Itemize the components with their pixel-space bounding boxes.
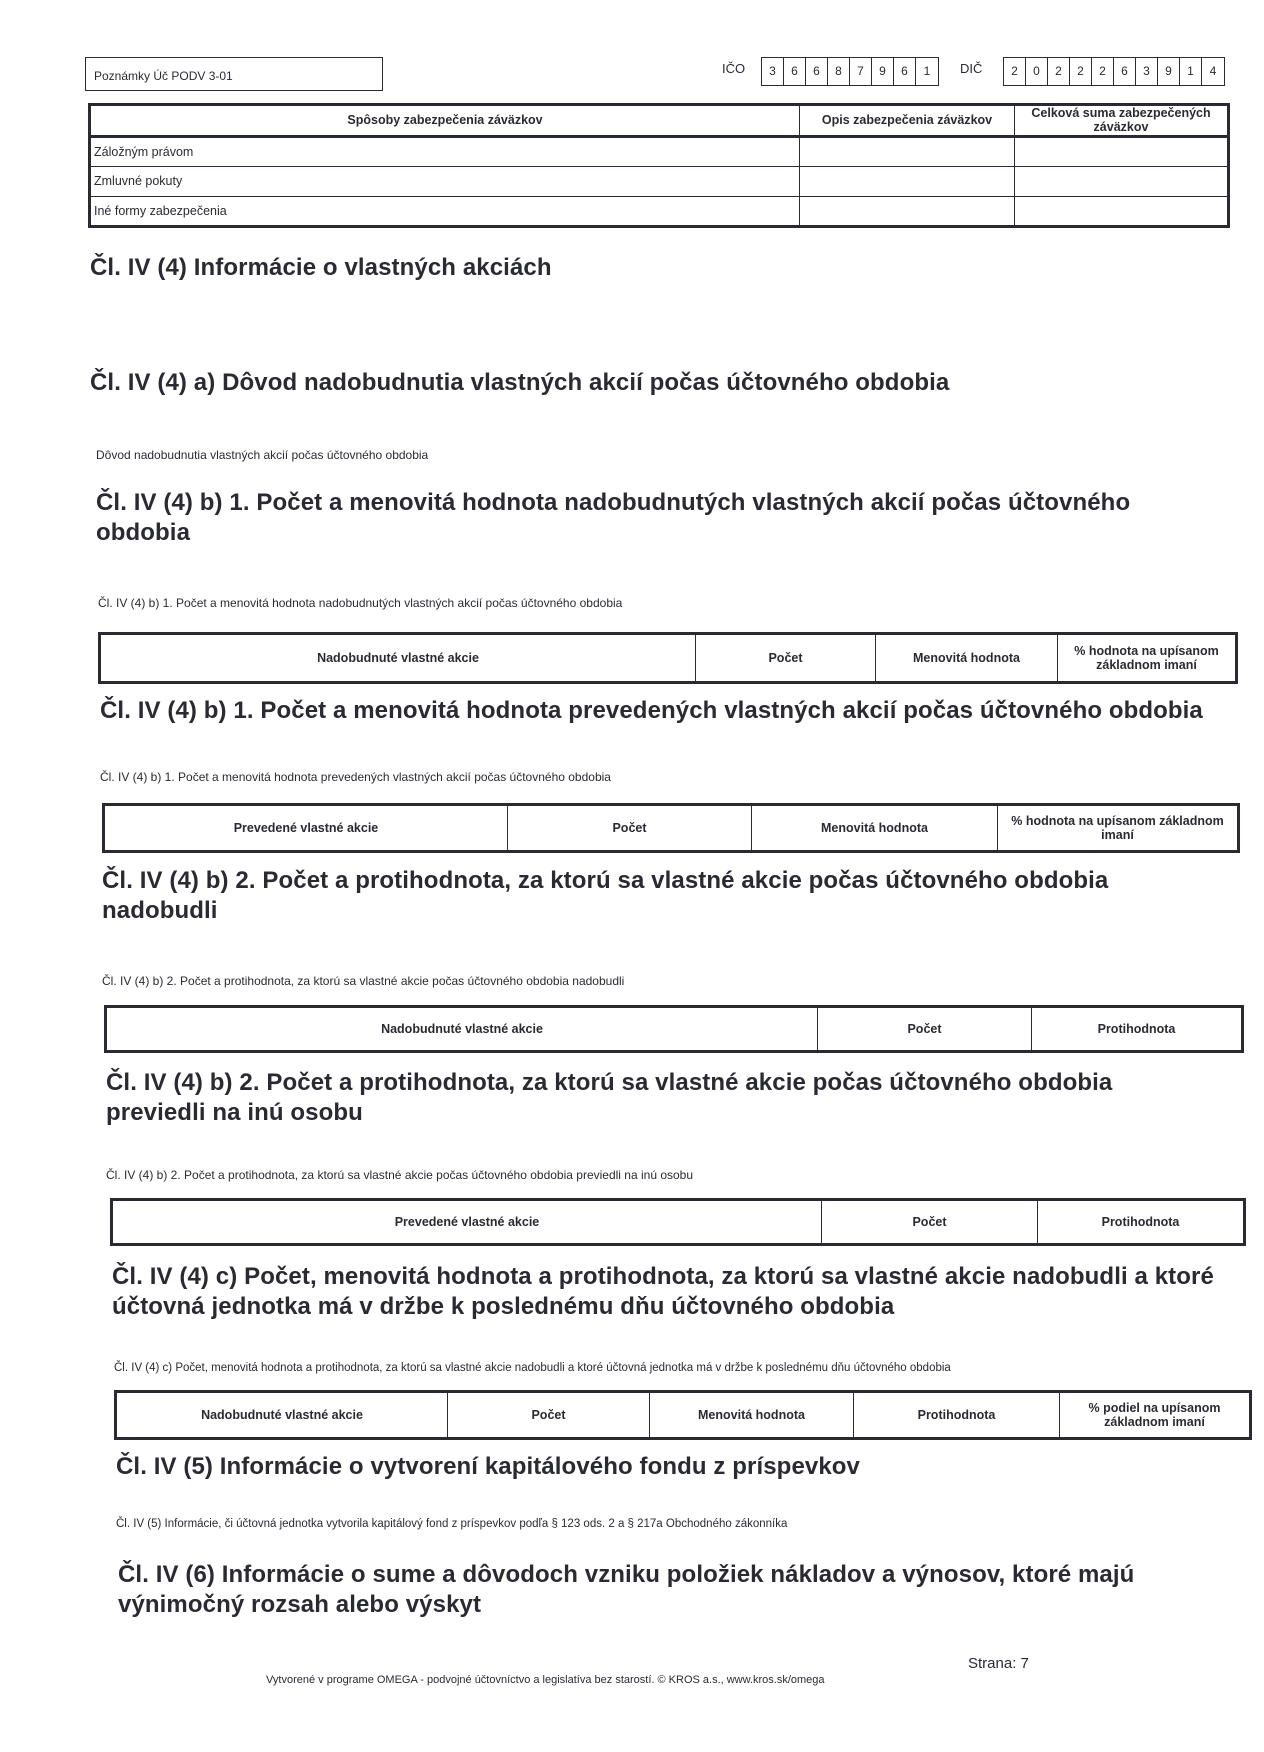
dic-digit: 1 xyxy=(1180,58,1202,85)
col-header: Protihodnota xyxy=(1032,1007,1243,1052)
ico-digit: 6 xyxy=(894,58,916,85)
col-header: Počet xyxy=(448,1392,650,1439)
dic-digit: 4 xyxy=(1202,58,1224,85)
dic-digit: 2 xyxy=(1048,58,1070,85)
row-label: Záložným právom xyxy=(90,136,800,166)
section-heading: Čl. IV (4) a) Dôvod nadobudnutia vlastný… xyxy=(90,368,1210,398)
ico-digit: 6 xyxy=(784,58,806,85)
document-id-box: Poznámky Úč PODV 3-01 xyxy=(85,57,383,91)
col-header: Menovitá hodnota xyxy=(650,1392,854,1439)
table-caption: Čl. IV (4) b) 2. Počet a protihodnota, z… xyxy=(102,974,624,988)
ico-digit: 9 xyxy=(872,58,894,85)
table-caption: Čl. IV (4) b) 1. Počet a menovitá hodnot… xyxy=(100,770,611,784)
table-caption: Čl. IV (4) b) 2. Počet a protihodnota, z… xyxy=(106,1168,693,1182)
description-cell xyxy=(800,136,1015,166)
document-id: Poznámky Úč PODV 3-01 xyxy=(94,69,233,83)
dic-digit: 6 xyxy=(1114,58,1136,85)
section-heading: Čl. IV (4) b) 2. Počet a protihodnota, z… xyxy=(102,866,1182,926)
dic-label: DIČ xyxy=(960,61,982,76)
col-header: Prevedené vlastné akcie xyxy=(112,1200,822,1245)
section-text: Dôvod nadobudnutia vlastných akcií počas… xyxy=(96,448,428,462)
col-header: Počet xyxy=(508,805,752,852)
table-caption: Čl. IV (4) b) 1. Počet a menovitá hodnot… xyxy=(98,596,622,610)
col-header: % hodnota na upísanom základnom imaní xyxy=(998,805,1239,852)
ico-field: 36687961 xyxy=(761,57,939,86)
table-row: Zmluvné pokuty xyxy=(90,166,1229,196)
dic-digit: 2 xyxy=(1004,58,1026,85)
description-cell xyxy=(800,196,1015,226)
col-header: % podiel na upísanom základnom imaní xyxy=(1060,1392,1251,1439)
section-heading: Čl. IV (5) Informácie o vytvorení kapitá… xyxy=(116,1452,1216,1482)
dic-digit: 2 xyxy=(1070,58,1092,85)
ico-digit: 1 xyxy=(916,58,938,85)
col-header: Počet xyxy=(818,1007,1032,1052)
col-header: Protihodnota xyxy=(854,1392,1060,1439)
ico-digit: 7 xyxy=(850,58,872,85)
description-cell xyxy=(800,166,1015,196)
dic-digit: 3 xyxy=(1136,58,1158,85)
table-caption: Čl. IV (4) c) Počet, menovitá hodnota a … xyxy=(114,1362,951,1374)
col-header: Spôsoby zabezpečenia záväzkov xyxy=(90,105,800,137)
col-header: Celková suma zabezpečených záväzkov xyxy=(1015,105,1229,137)
section-heading: Čl. IV (4) b) 1. Počet a menovitá hodnot… xyxy=(100,696,1250,726)
col-header: Protihodnota xyxy=(1038,1200,1245,1245)
dic-field: 2022263914 xyxy=(1003,57,1225,86)
row-label: Iné formy zabezpečenia xyxy=(90,196,800,226)
ico-label: IČO xyxy=(722,61,745,76)
col-header: Menovitá hodnota xyxy=(752,805,998,852)
section-heading: Čl. IV (4) b) 1. Počet a menovitá hodnot… xyxy=(96,488,1206,548)
total-cell xyxy=(1015,166,1229,196)
section-heading: Čl. IV (4) Informácie o vlastných akciác… xyxy=(90,253,1190,283)
transferred-consideration-table: Prevedené vlastné akcie Počet Protihodno… xyxy=(110,1198,1246,1246)
held-shares-table: Nadobudnuté vlastné akcie Počet Menovitá… xyxy=(114,1390,1252,1440)
footer-credit: Vytvorené v programe OMEGA - podvojné úč… xyxy=(266,1674,825,1686)
col-header: Nadobudnuté vlastné akcie xyxy=(106,1007,818,1052)
ico-digit: 3 xyxy=(762,58,784,85)
col-header: Menovitá hodnota xyxy=(876,634,1058,683)
col-header: Nadobudnuté vlastné akcie xyxy=(116,1392,448,1439)
total-cell xyxy=(1015,196,1229,226)
security-table: Spôsoby zabezpečenia záväzkov Opis zabez… xyxy=(88,103,1230,228)
transferred-shares-table: Prevedené vlastné akcie Počet Menovitá h… xyxy=(102,803,1240,853)
ico-digit: 6 xyxy=(806,58,828,85)
dic-digit: 9 xyxy=(1158,58,1180,85)
col-header: Prevedené vlastné akcie xyxy=(104,805,508,852)
row-label: Zmluvné pokuty xyxy=(90,166,800,196)
section-heading: Čl. IV (4) b) 2. Počet a protihodnota, z… xyxy=(106,1068,1186,1128)
col-header: Opis zabezpečenia záväzkov xyxy=(800,105,1015,137)
table-row: Záložným právom xyxy=(90,136,1229,166)
col-header: % hodnota na upísanom základnom imaní xyxy=(1058,634,1237,683)
section-heading: Čl. IV (6) Informácie o sume a dôvodoch … xyxy=(118,1560,1178,1620)
acquired-shares-table: Nadobudnuté vlastné akcie Počet Menovitá… xyxy=(98,632,1238,684)
col-header: Počet xyxy=(822,1200,1038,1245)
col-header: Počet xyxy=(696,634,876,683)
ico-digit: 8 xyxy=(828,58,850,85)
section-text: Čl. IV (5) Informácie, či účtovná jednot… xyxy=(116,1518,787,1530)
section-heading: Čl. IV (4) c) Počet, menovitá hodnota a … xyxy=(112,1262,1252,1322)
col-header: Nadobudnuté vlastné akcie xyxy=(100,634,696,683)
dic-digit: 2 xyxy=(1092,58,1114,85)
dic-digit: 0 xyxy=(1026,58,1048,85)
page-number: Strana: 7 xyxy=(968,1655,1029,1672)
total-cell xyxy=(1015,136,1229,166)
table-row: Iné formy zabezpečenia xyxy=(90,196,1229,226)
acquired-consideration-table: Nadobudnuté vlastné akcie Počet Protihod… xyxy=(104,1005,1244,1053)
